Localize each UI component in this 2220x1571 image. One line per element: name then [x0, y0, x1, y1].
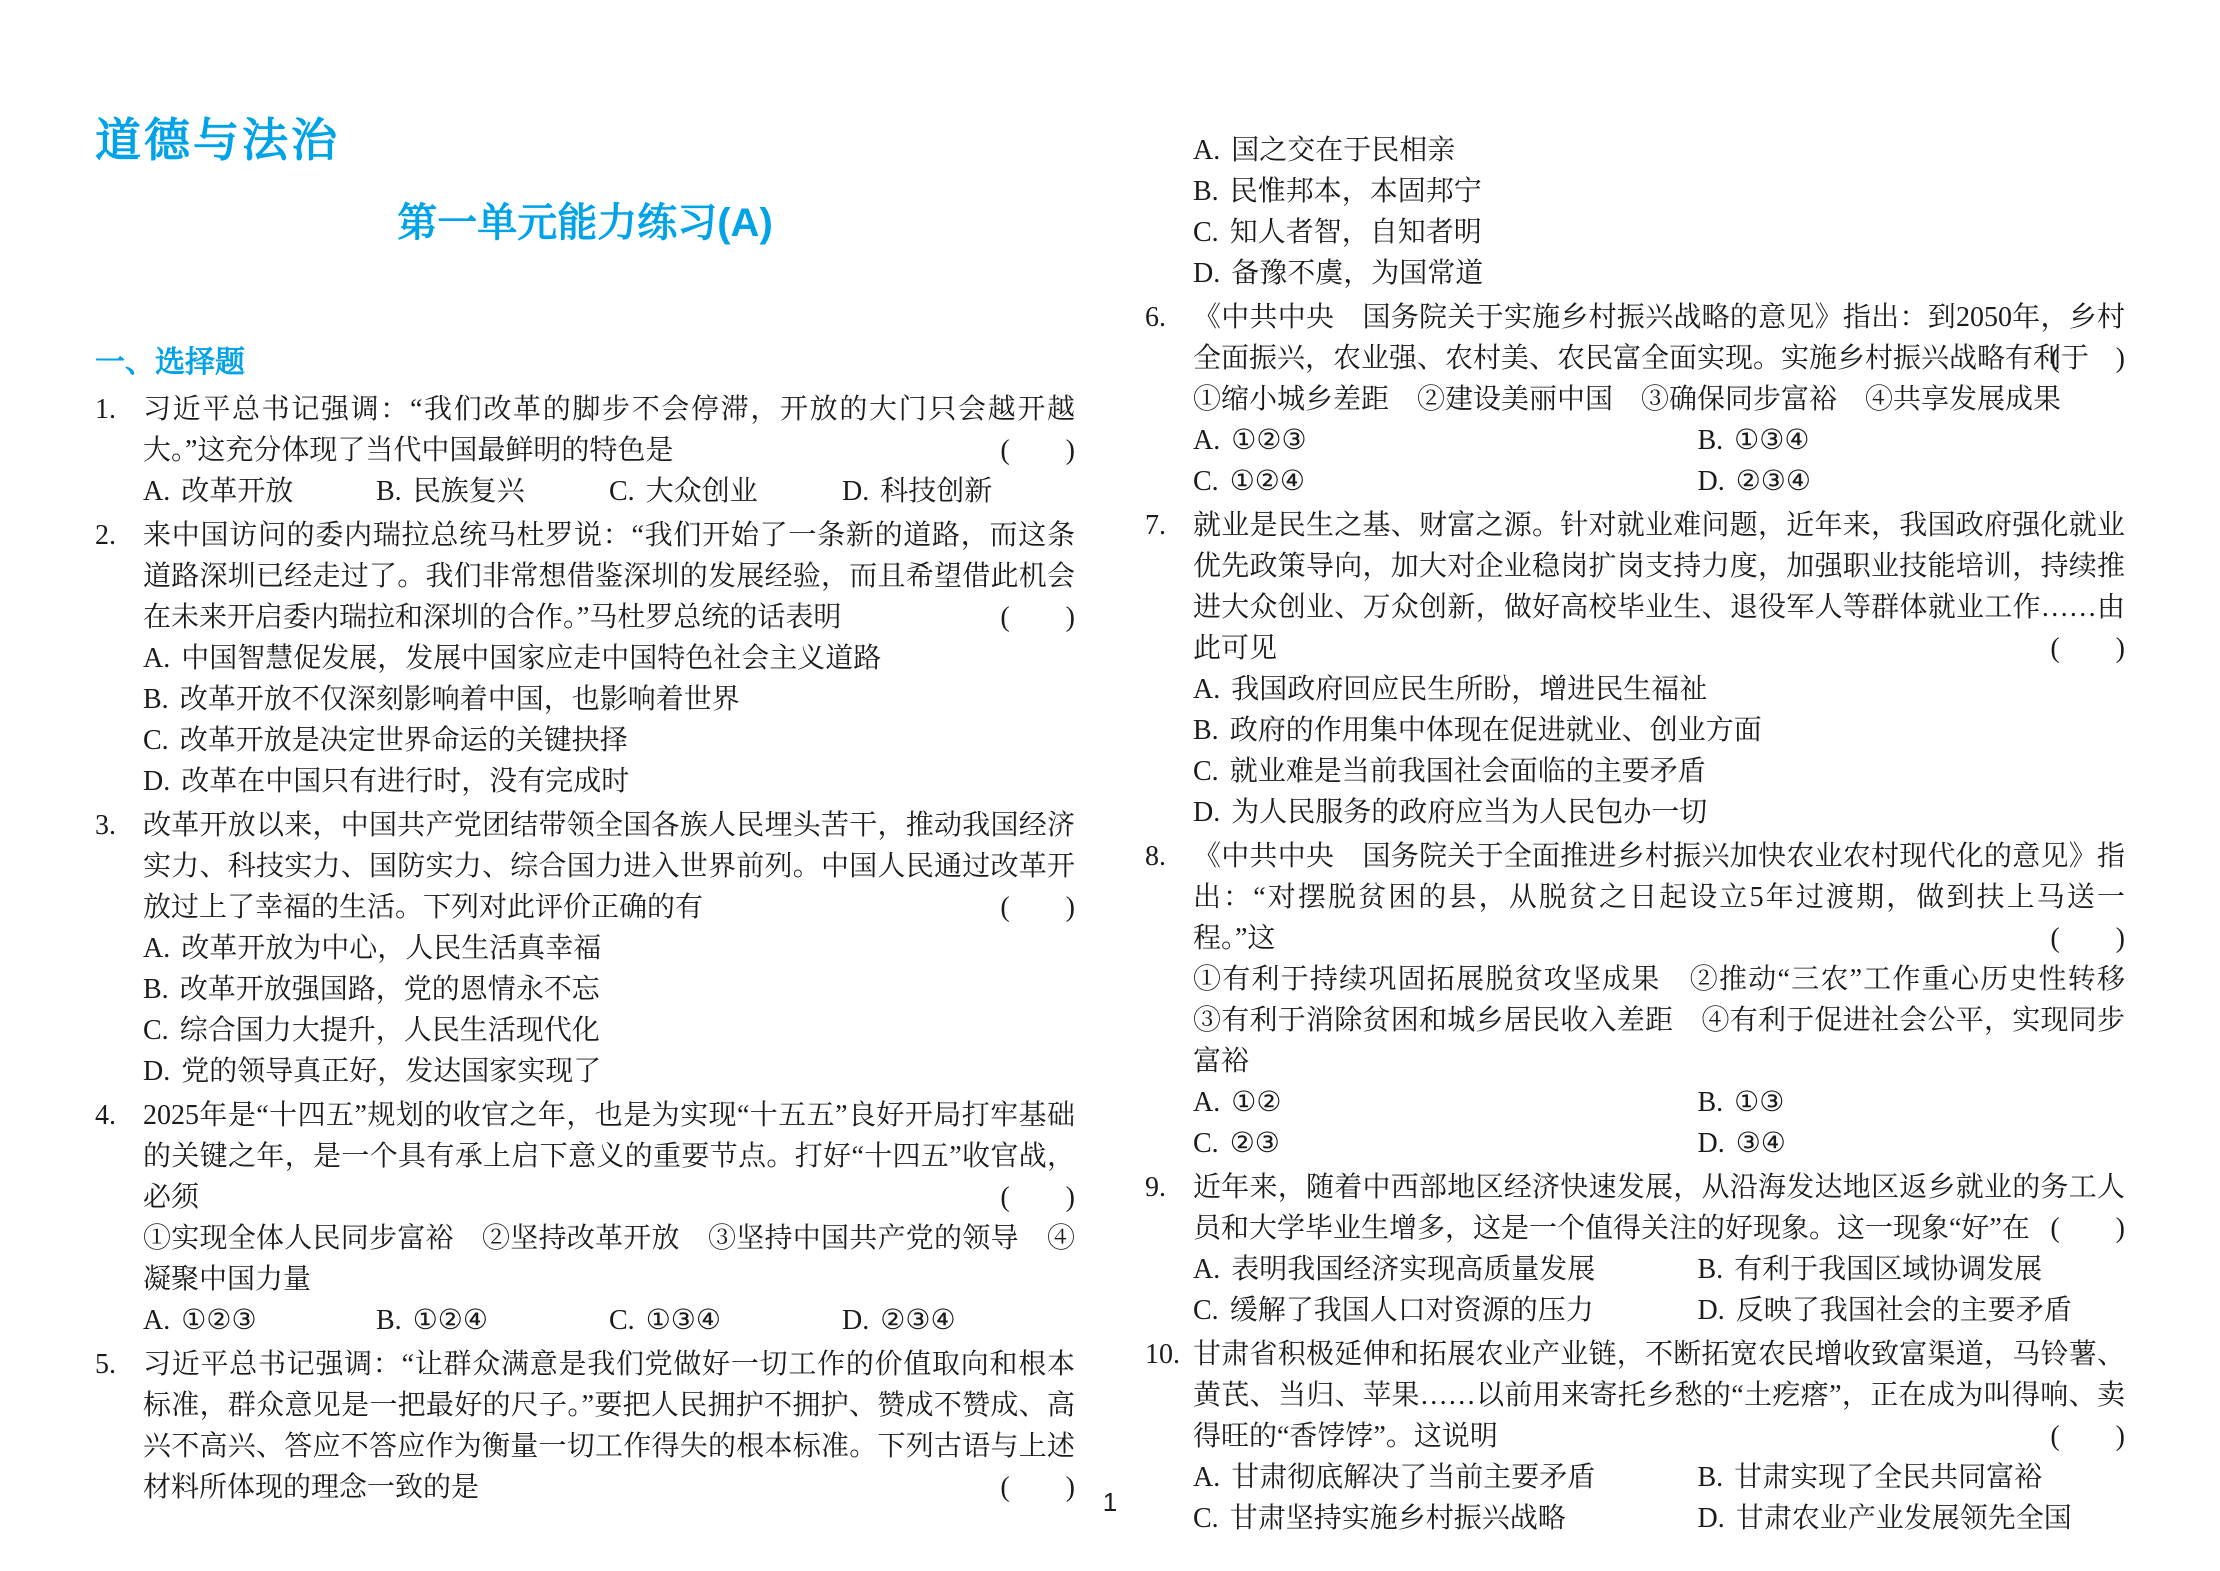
option-text: 为人民服务的政府应当为人民包办一切	[1231, 797, 1707, 828]
option-label: C.	[609, 476, 635, 507]
option-label: C.	[1193, 217, 1219, 248]
option-label: D.	[1697, 466, 1724, 497]
option-text: 知人者智，自知者明	[1230, 217, 1482, 248]
option-a: A.国之交在于民相亲	[1193, 130, 2125, 171]
option-text: ②③	[1230, 1128, 1280, 1159]
option-label: A.	[1193, 135, 1220, 166]
question-1: 1. 习近平总书记强调：“我们改革的脚步不会停滞，开放的大门只会越开越大。”这充…	[95, 389, 1075, 512]
option-c: C.①②④	[1193, 461, 1697, 502]
option-b: B.改革开放强国路，党的恩情永不忘	[143, 969, 1075, 1010]
option-label: C.	[1193, 1128, 1219, 1159]
option-text: 改革开放强国路，党的恩情永不忘	[180, 974, 600, 1005]
page-columns: 道德与法治 第一单元能力练习(A) 一、选择题 1. 习近平总书记强调：“我们改…	[0, 0, 2220, 1539]
option-text: 改革开放是决定世界命运的关键抉择	[180, 725, 628, 756]
option-text: 民族复兴	[413, 476, 525, 507]
right-column: A.国之交在于民相亲 B.民惟邦本，本固邦宁 C.知人者智，自知者明 D.备豫不…	[1145, 60, 2125, 1539]
option-text: 党的领导真正好，发达国家实现了	[181, 1056, 601, 1087]
question-subitems: ①有利于持续巩固拓展脱贫攻坚成果 ②推动“三农”工作重心历史性转移 ③有利于消除…	[1193, 959, 2125, 1082]
option-label: A.	[143, 643, 170, 674]
option-b: B.民族复兴	[376, 471, 609, 512]
option-label: D.	[1697, 1295, 1724, 1326]
question-number: 8.	[1145, 836, 1191, 877]
option-text: ③④	[1736, 1128, 1786, 1159]
option-d: D.改革在中国只有进行时，没有完成时	[143, 761, 1075, 802]
option-text: 综合国力大提升，人民生活现代化	[180, 1015, 600, 1046]
option-b: B.①②④	[376, 1300, 609, 1341]
option-label: B.	[1697, 1087, 1723, 1118]
question-5: 5. 习近平总书记强调：“让群众满意是我们党做好一切工作的价值取向和根本标准，群…	[95, 1344, 1075, 1508]
option-text: 表明我国经济实现高质量发展	[1231, 1254, 1595, 1285]
option-b: B.民惟邦本，本固邦宁	[1193, 171, 2125, 212]
option-label: A.	[1193, 1254, 1220, 1285]
option-text: ①②④	[1230, 466, 1305, 497]
option-text: 大众创业	[646, 476, 758, 507]
question-stem: 习近平总书记强调：“让群众满意是我们党做好一切工作的价值取向和根本标准，群众意见…	[143, 1344, 1075, 1508]
option-b: B.有利于我国区域协调发展	[1697, 1249, 2125, 1290]
option-a: A.表明我国经济实现高质量发展	[1193, 1249, 1697, 1290]
part-heading: 一、选择题	[95, 342, 1075, 383]
question-stem-text: 来中国访问的委内瑞拉总统马杜罗说：“我们开始了一条新的道路，而这条道路深圳已经走…	[143, 520, 1075, 633]
question-stem: 2025年是“十四五”规划的收官之年，也是为实现“十五五”良好开局打牢基础的关键…	[143, 1095, 1075, 1218]
question-number: 3.	[95, 805, 141, 846]
option-label: B.	[143, 974, 169, 1005]
option-label: C.	[1193, 756, 1219, 787]
option-text: ①②③	[1231, 425, 1306, 456]
option-label: A.	[143, 1305, 170, 1336]
option-label: A.	[1193, 425, 1220, 456]
option-d: D.②③④	[842, 1300, 1075, 1341]
option-a: A.我国政府回应民生所盼，增进民生福祉	[1193, 669, 2125, 710]
question-stem-text: 改革开放以来，中国共产党团结带领全国各族人民埋头苦干，推动我国经济实力、科技实力…	[143, 810, 1075, 923]
option-label: A.	[1193, 674, 1220, 705]
option-label: A.	[143, 476, 170, 507]
option-text: 就业难是当前我国社会面临的主要矛盾	[1230, 756, 1706, 787]
left-column: 道德与法治 第一单元能力练习(A) 一、选择题 1. 习近平总书记强调：“我们改…	[95, 60, 1075, 1539]
question-8: 8. 《中共中央 国务院关于全面推进乡村振兴加快农业农村现代化的意见》指出：“对…	[1145, 836, 2125, 1164]
question-3: 3. 改革开放以来，中国共产党团结带领全国各族人民埋头苦干，推动我国经济实力、科…	[95, 805, 1075, 1092]
answer-bracket: ( )	[2050, 338, 2125, 379]
option-c: C.就业难是当前我国社会面临的主要矛盾	[1193, 751, 2125, 792]
question-stem-text: 习近平总书记强调：“我们改革的脚步不会停滞，开放的大门只会越开越大。”这充分体现…	[143, 394, 1075, 466]
question-options: A.①②③ B.①③④ C.①②④ D.②③④	[1193, 420, 2125, 502]
option-label: D.	[143, 1056, 170, 1087]
question-options: A.中国智慧促发展，发展中国家应走中国特色社会主义道路 B.改革开放不仅深刻影响…	[143, 638, 1075, 802]
option-label: A.	[1193, 1087, 1220, 1118]
option-d: D.科技创新	[842, 471, 1075, 512]
option-text: 反映了我国社会的主要矛盾	[1736, 1295, 2072, 1326]
option-text: ①③④	[646, 1305, 721, 1336]
page-number: 1	[0, 1489, 2220, 1515]
worksheet-page: 道德与法治 第一单元能力练习(A) 一、选择题 1. 习近平总书记强调：“我们改…	[0, 0, 2220, 1571]
option-text: 有利于我国区域协调发展	[1734, 1254, 2042, 1285]
question-number: 4.	[95, 1095, 141, 1136]
question-7: 7. 就业是民生之基、财富之源。针对就业难问题，近年来，我国政府强化就业优先政策…	[1145, 505, 2125, 833]
option-d: D.为人民服务的政府应当为人民包办一切	[1193, 792, 2125, 833]
question-stem: 改革开放以来，中国共产党团结带领全国各族人民埋头苦干，推动我国经济实力、科技实力…	[143, 805, 1075, 928]
option-text: 改革开放不仅深刻影响着中国，也影响着世界	[180, 684, 740, 715]
option-text: ②③④	[1736, 466, 1811, 497]
book-title: 道德与法治	[95, 116, 1075, 164]
option-label: C.	[143, 725, 169, 756]
answer-bracket: ( )	[2050, 1416, 2125, 1457]
option-text: 我国政府回应民生所盼，增进民生福祉	[1231, 674, 1707, 705]
option-d: D.③④	[1697, 1123, 2125, 1164]
option-label: C.	[1193, 466, 1219, 497]
question-9: 9. 近年来，随着中西部地区经济快速发展，从沿海发达地区返乡就业的务工人员和大学…	[1145, 1167, 2125, 1331]
option-label: B.	[1697, 425, 1723, 456]
option-d: D.②③④	[1697, 461, 2125, 502]
question-stem: 近年来，随着中西部地区经济快速发展，从沿海发达地区返乡就业的务工人员和大学毕业生…	[1193, 1167, 2125, 1249]
option-b: B.改革开放不仅深刻影响着中国，也影响着世界	[143, 679, 1075, 720]
option-text: ①②③	[181, 1305, 256, 1336]
question-stem: 来中国访问的委内瑞拉总统马杜罗说：“我们开始了一条新的道路，而这条道路深圳已经走…	[143, 515, 1075, 638]
question-options: A.①② B.①③ C.②③ D.③④	[1193, 1082, 2125, 1164]
option-label: B.	[376, 1305, 402, 1336]
option-label: C.	[143, 1015, 169, 1046]
option-a: A.改革开放	[143, 471, 376, 512]
option-a: A.①②③	[143, 1300, 376, 1341]
option-text: ①③	[1734, 1087, 1784, 1118]
question-stem-text: 近年来，随着中西部地区经济快速发展，从沿海发达地区返乡就业的务工人员和大学毕业生…	[1193, 1172, 2125, 1244]
option-label: C.	[609, 1305, 635, 1336]
option-c: C.缓解了我国人口对资源的压力	[1193, 1290, 1697, 1331]
option-a: A.①②	[1193, 1082, 1697, 1123]
question-number: 2.	[95, 515, 141, 556]
option-a: A.中国智慧促发展，发展中国家应走中国特色社会主义道路	[143, 638, 1075, 679]
option-text: 备豫不虞，为国常道	[1231, 258, 1483, 289]
question-stem: 《中共中央 国务院关于全面推进乡村振兴加快农业农村现代化的意见》指出：“对摆脱贫…	[1193, 836, 2125, 959]
option-d: D.备豫不虞，为国常道	[1193, 253, 2125, 294]
question-number: 9.	[1145, 1167, 1191, 1208]
option-label: C.	[1193, 1295, 1219, 1326]
section-title: 第一单元能力练习(A)	[95, 202, 1075, 244]
option-label: B.	[143, 684, 169, 715]
question-options: A.改革开放 B.民族复兴 C.大众创业 D.科技创新	[143, 471, 1075, 512]
question-options: A.我国政府回应民生所盼，增进民生福祉 B.政府的作用集中体现在促进就业、创业方…	[1193, 669, 2125, 833]
answer-bracket: ( )	[2050, 918, 2125, 959]
option-text: 改革开放	[181, 476, 293, 507]
option-c: C.综合国力大提升，人民生活现代化	[143, 1010, 1075, 1051]
option-b: B.①③④	[1697, 420, 2125, 461]
question-number: 5.	[95, 1344, 141, 1385]
option-c: C.改革开放是决定世界命运的关键抉择	[143, 720, 1075, 761]
question-2: 2. 来中国访问的委内瑞拉总统马杜罗说：“我们开始了一条新的道路，而这条道路深圳…	[95, 515, 1075, 802]
option-label: D.	[1193, 797, 1220, 828]
question-number: 1.	[95, 389, 141, 430]
question-number: 10.	[1145, 1334, 1191, 1375]
option-d: D.反映了我国社会的主要矛盾	[1697, 1290, 2125, 1331]
option-b: B.①③	[1697, 1082, 2125, 1123]
option-text: ①③④	[1734, 425, 1809, 456]
question-stem-text: 习近平总书记强调：“让群众满意是我们党做好一切工作的价值取向和根本标准，群众意见…	[143, 1349, 1075, 1503]
option-text: 中国智慧促发展，发展中国家应走中国特色社会主义道路	[181, 643, 881, 674]
answer-bracket: ( )	[2050, 1208, 2125, 1249]
option-text: 缓解了我国人口对资源的压力	[1230, 1295, 1594, 1326]
option-label: B.	[1193, 715, 1219, 746]
option-c: C.大众创业	[609, 471, 842, 512]
option-text: ②③④	[880, 1305, 955, 1336]
question-6: 6. 《中共中央 国务院关于实施乡村振兴战略的意见》指出：到2050年，乡村全面…	[1145, 297, 2125, 502]
option-a: A.①②③	[1193, 420, 1697, 461]
option-text: 改革在中国只有进行时，没有完成时	[181, 766, 629, 797]
option-label: B.	[1697, 1254, 1723, 1285]
option-label: B.	[376, 476, 402, 507]
question-subitems: ①实现全体人民同步富裕 ②坚持改革开放 ③坚持中国共产党的领导 ④凝聚中国力量	[143, 1218, 1075, 1300]
option-label: D.	[1697, 1128, 1724, 1159]
option-text: ①②	[1231, 1087, 1281, 1118]
option-text: 政府的作用集中体现在促进就业、创业方面	[1230, 715, 1762, 746]
option-text: ①②④	[413, 1305, 488, 1336]
question-options: A.表明我国经济实现高质量发展 B.有利于我国区域协调发展 C.缓解了我国人口对…	[1193, 1249, 2125, 1331]
option-text: 民惟邦本，本固邦宁	[1230, 176, 1482, 207]
option-b: B.政府的作用集中体现在促进就业、创业方面	[1193, 710, 2125, 751]
question-5-options: A.国之交在于民相亲 B.民惟邦本，本固邦宁 C.知人者智，自知者明 D.备豫不…	[1145, 130, 2125, 294]
option-label: D.	[143, 766, 170, 797]
answer-bracket: ( )	[1000, 430, 1075, 471]
answer-bracket: ( )	[1000, 887, 1075, 928]
option-d: D.党的领导真正好，发达国家实现了	[143, 1051, 1075, 1092]
option-label: D.	[842, 476, 869, 507]
option-label: D.	[842, 1305, 869, 1336]
question-subitems: ①缩小城乡差距 ②建设美丽中国 ③确保同步富裕 ④共享发展成果	[1193, 379, 2125, 420]
question-4: 4. 2025年是“十四五”规划的收官之年，也是为实现“十五五”良好开局打牢基础…	[95, 1095, 1075, 1341]
question-stem: 就业是民生之基、财富之源。针对就业难问题，近年来，我国政府强化就业优先政策导向，…	[1193, 505, 2125, 669]
question-number: 7.	[1145, 505, 1191, 546]
question-stem: 习近平总书记强调：“我们改革的脚步不会停滞，开放的大门只会越开越大。”这充分体现…	[143, 389, 1075, 471]
answer-bracket: ( )	[1000, 597, 1075, 638]
question-stem-text: 《中共中央 国务院关于全面推进乡村振兴加快农业农村现代化的意见》指出：“对摆脱贫…	[1193, 841, 2125, 954]
answer-bracket: ( )	[2050, 628, 2125, 669]
question-options: A.国之交在于民相亲 B.民惟邦本，本固邦宁 C.知人者智，自知者明 D.备豫不…	[1193, 130, 2125, 294]
option-label: A.	[143, 933, 170, 964]
question-stem: 《中共中央 国务院关于实施乡村振兴战略的意见》指出：到2050年，乡村全面振兴，…	[1193, 297, 2125, 379]
option-label: B.	[1193, 176, 1219, 207]
option-a: A.改革开放为中心，人民生活真幸福	[143, 928, 1075, 969]
question-options: A.①②③ B.①②④ C.①③④ D.②③④	[143, 1300, 1075, 1341]
question-stem-text: 2025年是“十四五”规划的收官之年，也是为实现“十五五”良好开局打牢基础的关键…	[143, 1100, 1075, 1213]
question-options: A.改革开放为中心，人民生活真幸福 B.改革开放强国路，党的恩情永不忘 C.综合…	[143, 928, 1075, 1092]
question-stem-text: 就业是民生之基、财富之源。针对就业难问题，近年来，我国政府强化就业优先政策导向，…	[1193, 510, 2125, 664]
option-text: 改革开放为中心，人民生活真幸福	[181, 933, 601, 964]
option-text: 国之交在于民相亲	[1231, 135, 1455, 166]
question-stem-text: 甘肃省积极延伸和拓展农业产业链，不断拓宽农民增收致富渠道，马铃薯、黄芪、当归、苹…	[1193, 1339, 2125, 1452]
option-label: D.	[1193, 258, 1220, 289]
option-c: C.①③④	[609, 1300, 842, 1341]
option-c: C.②③	[1193, 1123, 1697, 1164]
option-text: 科技创新	[880, 476, 992, 507]
question-stem: 甘肃省积极延伸和拓展农业产业链，不断拓宽农民增收致富渠道，马铃薯、黄芪、当归、苹…	[1193, 1334, 2125, 1457]
question-number: 6.	[1145, 297, 1191, 338]
option-c: C.知人者智，自知者明	[1193, 212, 2125, 253]
question-stem-text: 《中共中央 国务院关于实施乡村振兴战略的意见》指出：到2050年，乡村全面振兴，…	[1193, 302, 2125, 374]
answer-bracket: ( )	[1000, 1177, 1075, 1218]
